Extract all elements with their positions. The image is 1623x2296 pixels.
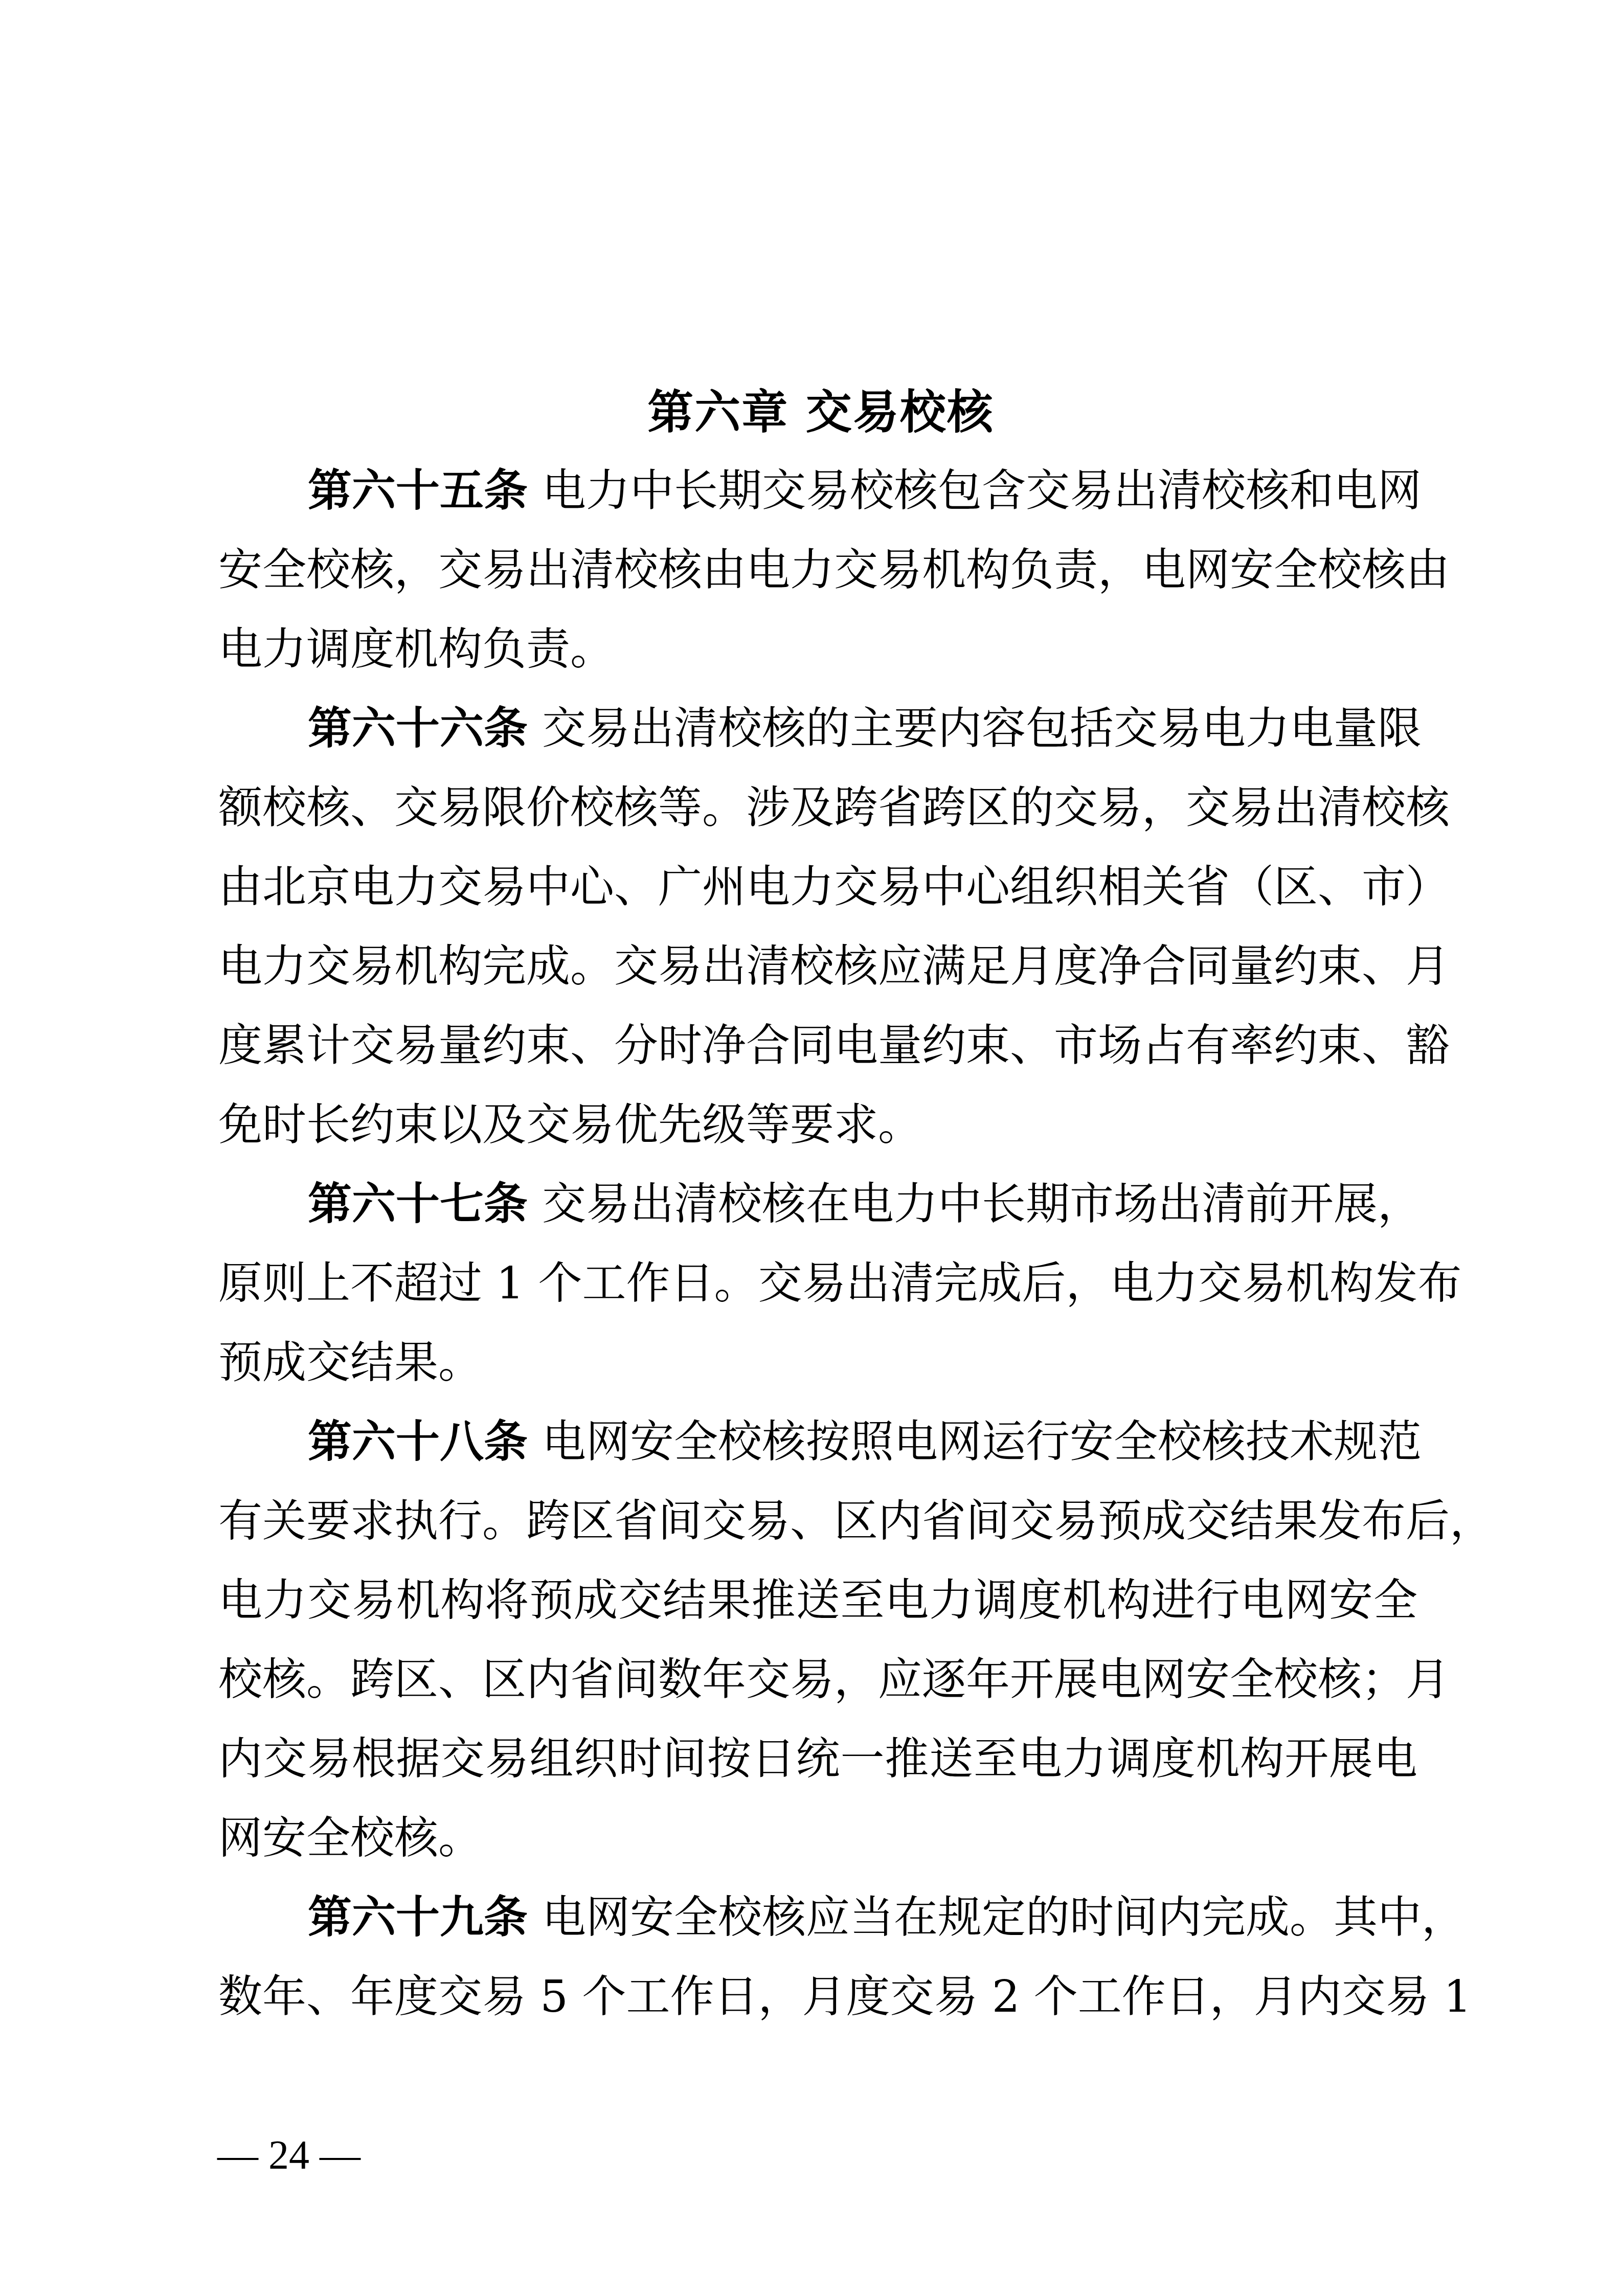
chapter-title: 第六章 交易校核 [0,385,1623,441]
article-text: 电力中长期交易校核包含交易出清校核和电网 [542,465,1422,516]
article-66-line-4: 电力交易机构完成。交易出清校核应满足月度净合同量约束、月 [218,936,1417,997]
article-66-line-1: 第六十六条交易出清校核的主要内容包括交易电力电量限 [308,698,1417,759]
article-text: 电网安全校核应当在规定的时间内完成。其中， [542,1892,1466,1943]
article-68-line-6: 网安全校核。 [218,1808,1417,1869]
article-68-line-1: 第六十八条电网安全校核按照电网运行安全校核技术规范 [308,1411,1417,1473]
article-66-line-2: 额校核、交易限价校核等。涉及跨省跨区的交易，交易出清校核 [218,777,1417,839]
article-text: 电网安全校核按照电网运行安全校核技术规范 [542,1416,1422,1468]
article-number: 第六十七条 [308,1179,528,1230]
article-66-line-6: 免时长约束以及交易优先级等要求。 [218,1094,1417,1156]
article-number: 第六十六条 [308,703,528,754]
article-number: 第六十九条 [308,1892,528,1943]
article-68-line-5: 内交易根据交易组织时间按日统一推送至电力调度机构开展电 [218,1728,1417,1790]
article-65-line-3: 电力调度机构负责。 [218,619,1417,680]
article-67-line-3: 预成交结果。 [218,1332,1417,1393]
article-66-line-3: 由北京电力交易中心、广州电力交易中心组织相关省（区、市） [218,857,1417,918]
article-68-line-2: 有关要求执行。跨区省间交易、区内省间交易预成交结果发布后， [218,1491,1417,1552]
article-65-line-2: 安全校核，交易出清校核由电力交易机构负责，电网安全校核由 [218,539,1417,601]
page-number: — 24 — [217,2132,360,2178]
document-page: 第六章 交易校核 第六十五条电力中长期交易校核包含交易出清校核和电网 安全校核，… [0,0,1623,2296]
article-67-line-2: 原则上不超过 1 个工作日。交易出清完成后，电力交易机构发布 [218,1253,1417,1314]
article-number: 第六十五条 [308,465,528,516]
article-66-line-5: 度累计交易量约束、分时净合同电量约束、市场占有率约束、豁 [218,1015,1417,1076]
article-68-line-4: 校核。跨区、区内省间数年交易，应逐年开展电网安全校核；月 [218,1649,1417,1710]
article-text: 交易出清校核的主要内容包括交易电力电量限 [542,703,1422,754]
article-68-line-3: 电力交易机构将预成交结果推送至电力调度机构进行电网安全 [218,1570,1417,1631]
article-number: 第六十八条 [308,1416,528,1468]
article-text: 交易出清校核在电力中长期市场出清前开展， [542,1179,1422,1230]
article-69-line-1: 第六十九条电网安全校核应当在规定的时间内完成。其中， [308,1887,1417,1948]
article-69-line-2: 数年、年度交易 5 个工作日，月度交易 2 个工作日，月内交易 1 [218,1966,1417,2028]
article-65-line-1: 第六十五条电力中长期交易校核包含交易出清校核和电网 [308,460,1417,522]
article-67-line-1: 第六十七条交易出清校核在电力中长期市场出清前开展， [308,1174,1417,1235]
